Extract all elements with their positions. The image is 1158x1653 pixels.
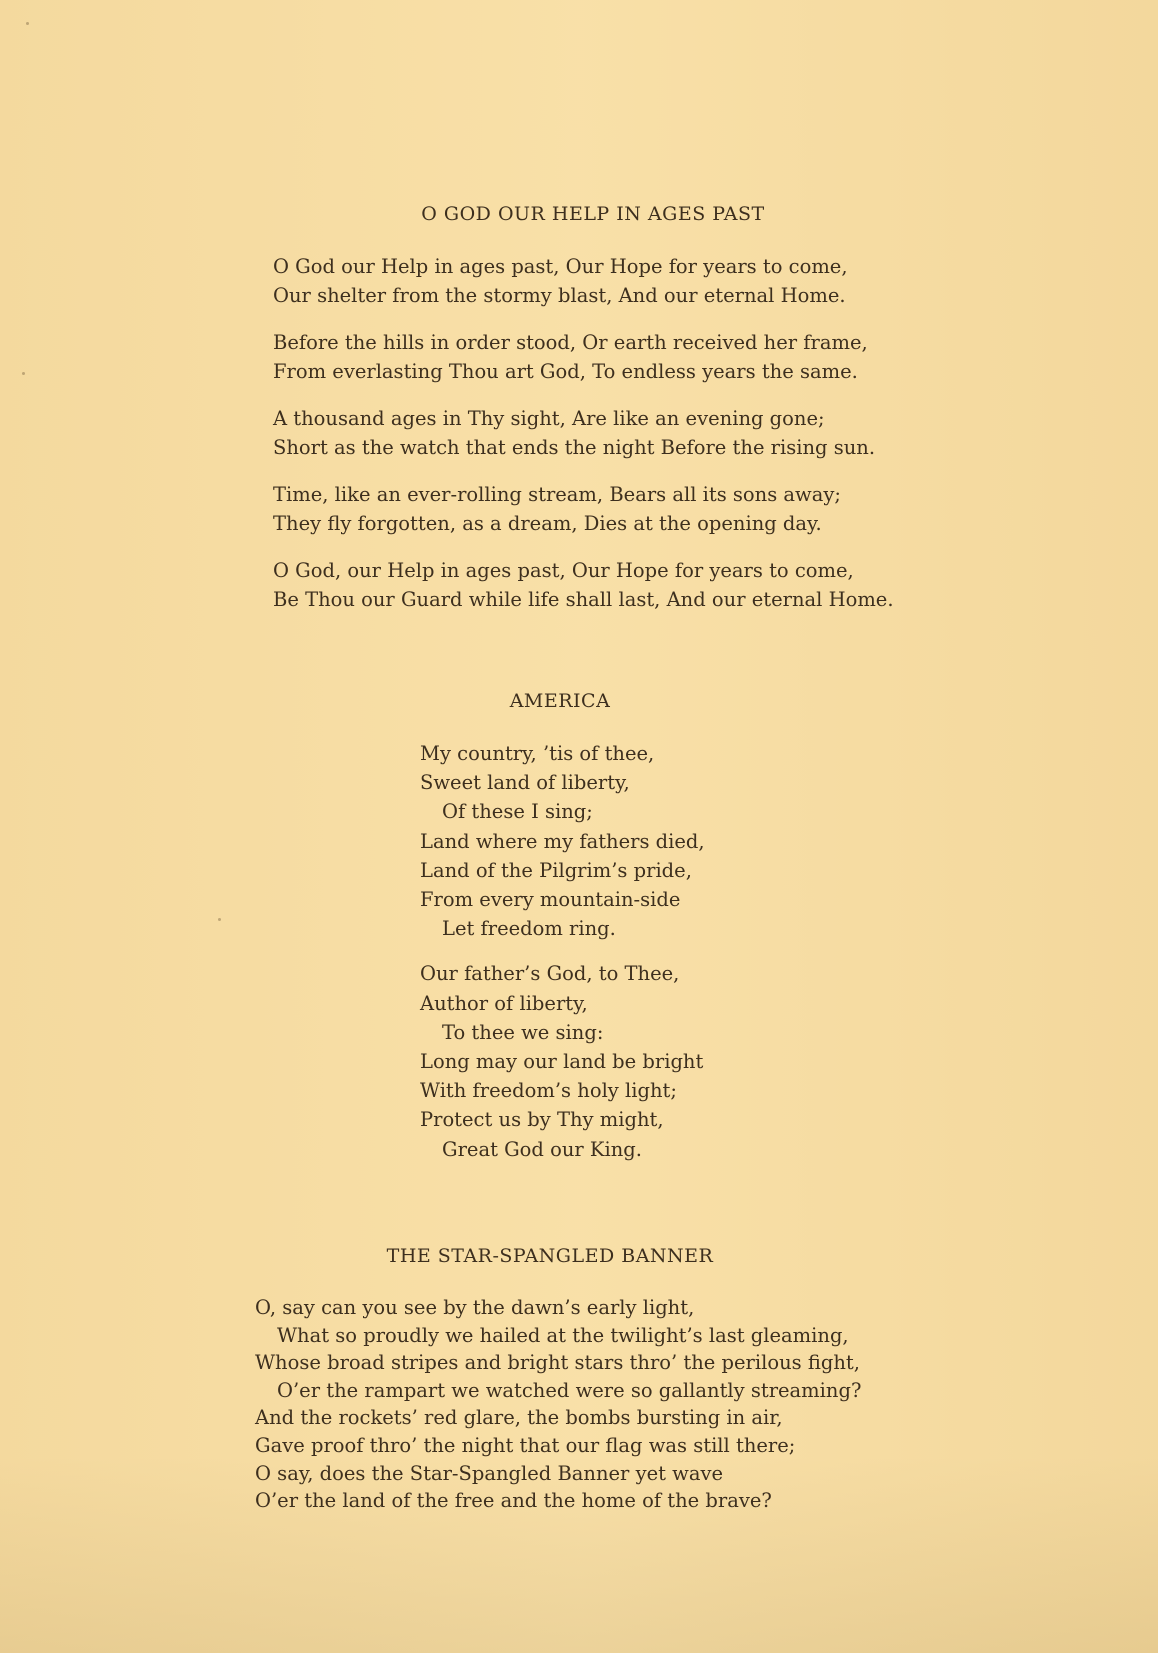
document-page: O GOD OUR HELP IN AGES PAST O God our He…: [0, 0, 1158, 1653]
verse-line: O God our Help in ages past, Our Hope fo…: [273, 253, 894, 282]
paper-speck: [22, 372, 25, 375]
stanza: Our father’s God, to Thee, Author of lib…: [420, 959, 705, 1163]
stanza: O God, our Help in ages past, Our Hope f…: [273, 557, 894, 614]
paper-speck: [26, 22, 29, 25]
verse-line: Great God our King.: [420, 1135, 705, 1164]
verse-line: Gave proof thro’ the night that our flag…: [255, 1432, 861, 1460]
verse-line: Land where my fathers died,: [420, 827, 705, 856]
verse-line: O’er the land of the free and the home o…: [255, 1487, 861, 1515]
verse-line: Long may our land be bright: [420, 1047, 705, 1076]
verse-line: Author of liberty,: [420, 989, 705, 1018]
stanza: Before the hills in order stood, Or eart…: [273, 329, 894, 386]
verse-line: Of these I sing;: [420, 797, 705, 826]
hymn-stanzas: O God our Help in ages past, Our Hope fo…: [273, 253, 894, 633]
hymn-title: THE STAR-SPANGLED BANNER: [325, 1245, 775, 1267]
verse-line: My country, ’tis of thee,: [420, 739, 705, 768]
verse-line: And the rockets’ red glare, the bombs bu…: [255, 1404, 861, 1432]
stanza: A thousand ages in Thy sight, Are like a…: [273, 405, 894, 462]
hymn-stanzas: My country, ’tis of thee, Sweet land of …: [420, 739, 705, 1180]
verse-line: Our father’s God, to Thee,: [420, 959, 705, 988]
stanza: My country, ’tis of thee, Sweet land of …: [420, 739, 705, 943]
verse-line: With freedom’s holy light;: [420, 1076, 705, 1105]
hymn-title: AMERICA: [460, 690, 660, 712]
verse-line: O God, our Help in ages past, Our Hope f…: [273, 557, 894, 586]
paper-speck: [218, 918, 221, 921]
hymn-title: O GOD OUR HELP IN AGES PAST: [368, 203, 818, 225]
verse-line: A thousand ages in Thy sight, Are like a…: [273, 405, 894, 434]
verse-line: O’er the rampart we watched were so gall…: [255, 1377, 861, 1405]
verse-line: Time, like an ever-rolling stream, Bears…: [273, 481, 894, 510]
verse-line: From every mountain-side: [420, 885, 705, 914]
hymn-stanzas: O, say can you see by the dawn’s early l…: [255, 1294, 861, 1515]
verse-line: What so proudly we hailed at the twiligh…: [255, 1322, 861, 1350]
verse-line: Protect us by Thy might,: [420, 1105, 705, 1134]
stanza: O, say can you see by the dawn’s early l…: [255, 1294, 861, 1515]
verse-line: They fly forgotten, as a dream, Dies at …: [273, 510, 894, 539]
stanza: O God our Help in ages past, Our Hope fo…: [273, 253, 894, 310]
verse-line: Short as the watch that ends the night B…: [273, 434, 894, 463]
verse-line: Whose broad stripes and bright stars thr…: [255, 1349, 861, 1377]
verse-line: O say, does the Star-Spangled Banner yet…: [255, 1460, 861, 1488]
verse-line: Our shelter from the stormy blast, And o…: [273, 282, 894, 311]
verse-line: Sweet land of liberty,: [420, 768, 705, 797]
verse-line: Let freedom ring.: [420, 914, 705, 943]
verse-line: O, say can you see by the dawn’s early l…: [255, 1294, 861, 1322]
verse-line: Land of the Pilgrim’s pride,: [420, 856, 705, 885]
verse-line: Be Thou our Guard while life shall last,…: [273, 586, 894, 615]
verse-line: From everlasting Thou art God, To endles…: [273, 358, 894, 387]
verse-line: Before the hills in order stood, Or eart…: [273, 329, 894, 358]
stanza: Time, like an ever-rolling stream, Bears…: [273, 481, 894, 538]
verse-line: To thee we sing:: [420, 1018, 705, 1047]
